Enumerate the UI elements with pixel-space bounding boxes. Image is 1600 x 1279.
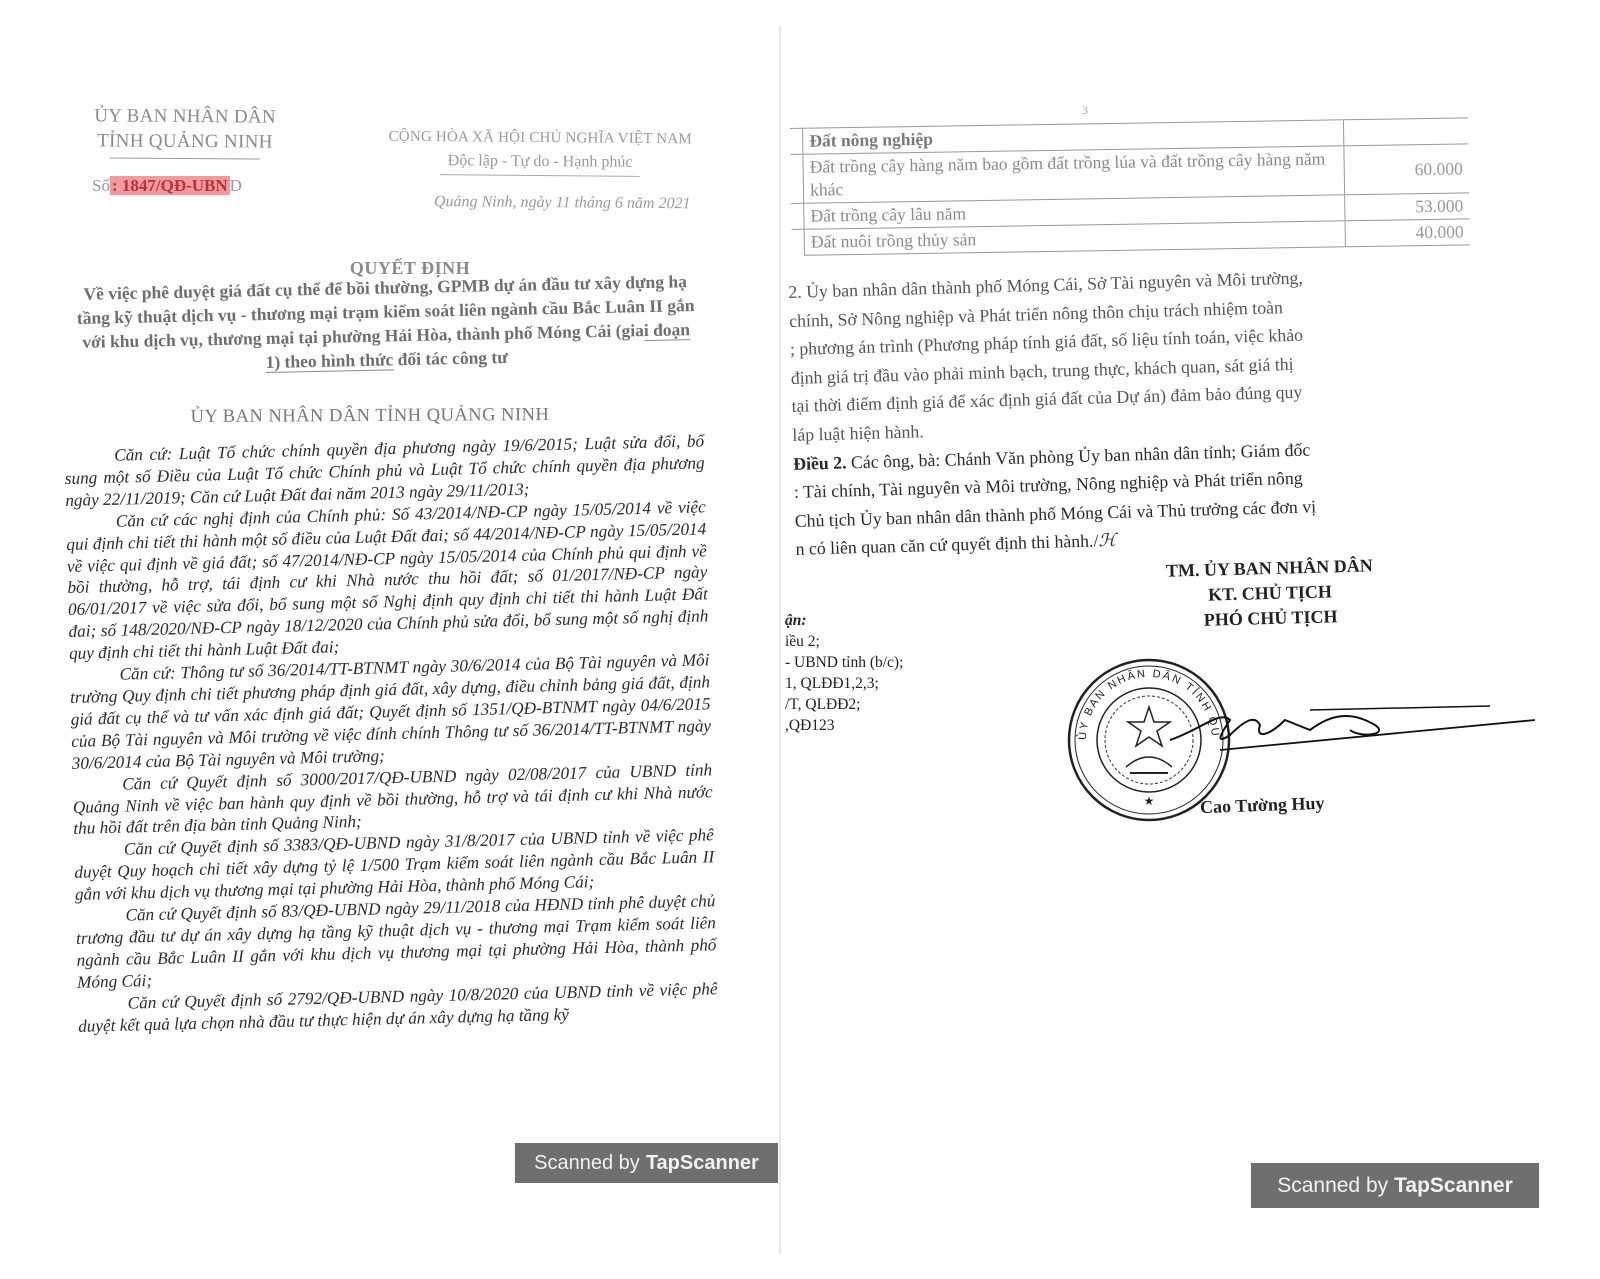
recipients-list: ận: iều 2; - UBND tỉnh (b/c); 1, QLĐĐ1,2… (785, 610, 903, 736)
recipient-item: /T, QLĐĐ2; (785, 694, 903, 715)
national-header: CỘNG HÒA XÃ HỘI CHỦ NGHĨA VIỆT NAM Độc l… (360, 128, 721, 213)
decision-subject-text: Về việc phê duyệt giá đất cụ thể để bồi … (77, 271, 695, 352)
initials-mark: ℋ (1098, 530, 1116, 550)
header-underline (110, 157, 260, 159)
authority-line-1: ỦY BAN NHÂN DÂN (80, 103, 290, 129)
watermark-prefix: Scanned by (534, 1152, 640, 1175)
legal-bases: Căn cứ: Luật Tổ chức chính quyền địa phư… (64, 430, 718, 1037)
national-title: CỘNG HÒA XÃ HỘI CHỦ NGHĨA VIỆT NAM (360, 128, 720, 148)
decision-subject: Về việc phê duyệt giá đất cụ thể để bồi … (75, 269, 697, 378)
handwritten-signature-icon (1160, 690, 1540, 770)
watermark-brand: TapScanner (646, 1152, 759, 1175)
doc-number-highlight: : 1847/QĐ-UBN (110, 176, 230, 195)
decision-subject-end: đối tác công tư (393, 347, 508, 369)
national-motto: Độc lập - Tự do - Hạnh phúc (360, 151, 720, 172)
signature-titles: TM. ỦY BAN NHÂN DÂN KT. CHỦ TỊCH PHÓ CHỦ… (1139, 553, 1401, 635)
recipient-item: iều 2; (785, 631, 903, 652)
page-number: 3 (1082, 103, 1088, 118)
issuing-authority: ỦY BAN NHÂN DÂN TỈNH QUẢNG NINH (80, 404, 660, 428)
doc-number-prefix: Số (92, 176, 110, 195)
legal-basis: Căn cứ: Thông tư số 36/2014/TT-BTNMT ngà… (69, 649, 711, 774)
scanner-watermark-left: Scanned byTapScanner (515, 1143, 778, 1183)
issuing-authority-header: ỦY BAN NHÂN DÂN TỈNH QUẢNG NINH (80, 103, 290, 159)
signer-name: Cao Tường Huy (1200, 793, 1325, 818)
recipients-title: ận: (785, 610, 903, 631)
motto-underline (440, 174, 640, 177)
land-type-cell: Đất trồng cây hàng năm bao gồm đất trồng… (803, 146, 1345, 203)
legal-basis: Căn cứ các nghị định của Chính phủ: Số 4… (66, 496, 710, 665)
scanned-page-left: ỦY BAN NHÂN DÂN TỈNH QUẢNG NINH Số: 1847… (0, 0, 780, 1279)
land-price-table: Đất nông nghiệp Đất trồng cây hàng năm b… (790, 117, 1470, 256)
recipient-item: ,QĐ123 (785, 715, 903, 736)
watermark-brand: TapScanner (1394, 1174, 1513, 1198)
authority-line-2: TỈNH QUẢNG NINH (80, 128, 290, 154)
decision-clauses: 2. Ủy ban nhân dân thành phố Móng Cái, S… (788, 260, 1456, 564)
recipient-item: - UBND tỉnh (b/c); (785, 652, 903, 673)
recipient-item: 1, QLĐĐ1,2,3; (785, 673, 903, 694)
doc-number-suffix: D (230, 176, 242, 195)
document-number: Số: 1847/QĐ-UBND (92, 176, 242, 196)
land-price-cell: 60.000 (1344, 144, 1469, 195)
watermark-prefix: Scanned by (1277, 1174, 1388, 1198)
legal-basis: Căn cứ Quyết định số 83/QĐ-UBND ngày 29/… (75, 890, 717, 993)
article-2-label: Điều 2. (793, 452, 847, 473)
document-date: Quảng Ninh, ngày 11 tháng 6 năm 2021 (360, 192, 720, 213)
svg-text:★: ★ (1144, 794, 1155, 808)
scanner-watermark-right: Scanned byTapScanner (1251, 1163, 1539, 1208)
land-price-cell: 40.000 (1345, 219, 1470, 247)
land-price-cell: 53.000 (1345, 193, 1470, 221)
